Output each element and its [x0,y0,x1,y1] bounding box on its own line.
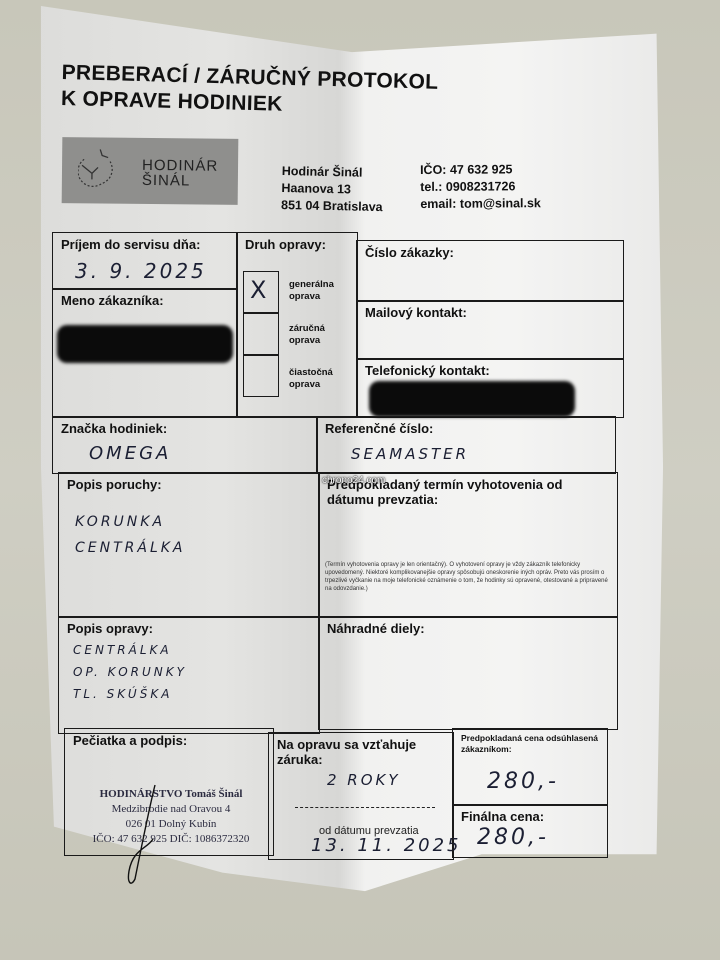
watermark: chrono24.com [322,475,385,486]
repair-type-field: Druh opravy: X generálnaoprava záručnáop… [236,232,358,418]
repair-description-value: CENTRÁLKAOP. KORUNKYTL. SKÚŠKA [73,639,187,705]
redacted-customer-name [57,325,233,363]
company-stamp: HODINÁRSTVO Tomáš Šinál Medzibrodie nad … [73,787,269,847]
estimated-price-field: Predpokladaná cena odsúhlasená zákazníko… [452,728,608,806]
estimated-date-note: (Termín vyhotovenia opravy je len orient… [325,561,611,593]
protocol-document: PREBERACÍ / ZÁRUČNÝ PROTOKOL K OPRAVE HO… [0,0,720,960]
fault-description-value: KORUNKACENTRÁLKA [75,509,186,561]
phone-contact-field: Telefonický kontakt: [356,358,624,418]
reference-field: Referenčné číslo: SEAMASTER [316,416,616,474]
warranty-field: Na opravu sa vzťahuje záruka: 2 ROKY od … [268,732,454,860]
protocol-form: Príjem do servisu dňa: 3. 9. 2025 Meno z… [52,232,624,862]
warranty-value: 2 ROKY [327,771,401,789]
signature-icon [125,779,165,889]
estimated-price-value: 280,- [487,769,559,794]
fault-description-field: Popis poruchy: KORUNKACENTRÁLKA [58,472,320,618]
customer-name-field: Meno zákazníka: [52,288,238,418]
estimated-date-field: Predpokladaný termín vyhotovenia od dátu… [318,472,618,618]
email-contact-field: Mailový kontakt: [356,300,624,360]
repair-description-field: Popis opravy: CENTRÁLKAOP. KORUNKYTL. SK… [58,616,320,734]
order-number-field: Číslo zákazky: [356,240,624,302]
final-price-field: Finálna cena: 280,- [452,804,608,858]
spare-parts-field: Náhradné diely: [318,616,618,730]
label-partial-repair: čiastočnáoprava [289,367,333,391]
company-address: Hodinár Šinál Haanova 13 851 04 Bratisla… [281,163,384,216]
received-date-field: Príjem do servisu dňa: 3. 9. 2025 [52,232,238,290]
redacted-phone [369,381,575,417]
label-general-repair: generálnaoprava [289,279,334,303]
label-warranty-repair: záručnáoprava [289,323,325,347]
logo-text: HODINÁR ŠINÁL [142,158,218,189]
received-date-value: 3. 9. 2025 [75,259,207,283]
brand-value: OMEGA [89,443,171,464]
brand-field: Značka hodiniek: OMEGA [52,416,318,474]
company-contact: IČO: 47 632 925 tel.: 0908231726 email: … [420,161,541,213]
warranty-from-date: 13. 11. 2025 [311,835,462,856]
stamp-signature-field: Pečiatka a podpis: HODINÁRSTVO Tomáš Šin… [64,728,274,856]
checkbox-general-repair[interactable]: X [243,271,279,313]
final-price-value: 280,- [477,825,549,850]
watch-clock-icon [78,147,116,187]
warranty-divider [295,807,435,808]
reference-value: SEAMASTER [351,445,469,463]
checkbox-partial-repair[interactable] [243,355,279,397]
document-title: PREBERACÍ / ZÁRUČNÝ PROTOKOL K OPRAVE HO… [61,60,439,122]
company-logo: HODINÁR ŠINÁL [62,137,239,205]
checkbox-warranty-repair[interactable] [243,313,279,355]
